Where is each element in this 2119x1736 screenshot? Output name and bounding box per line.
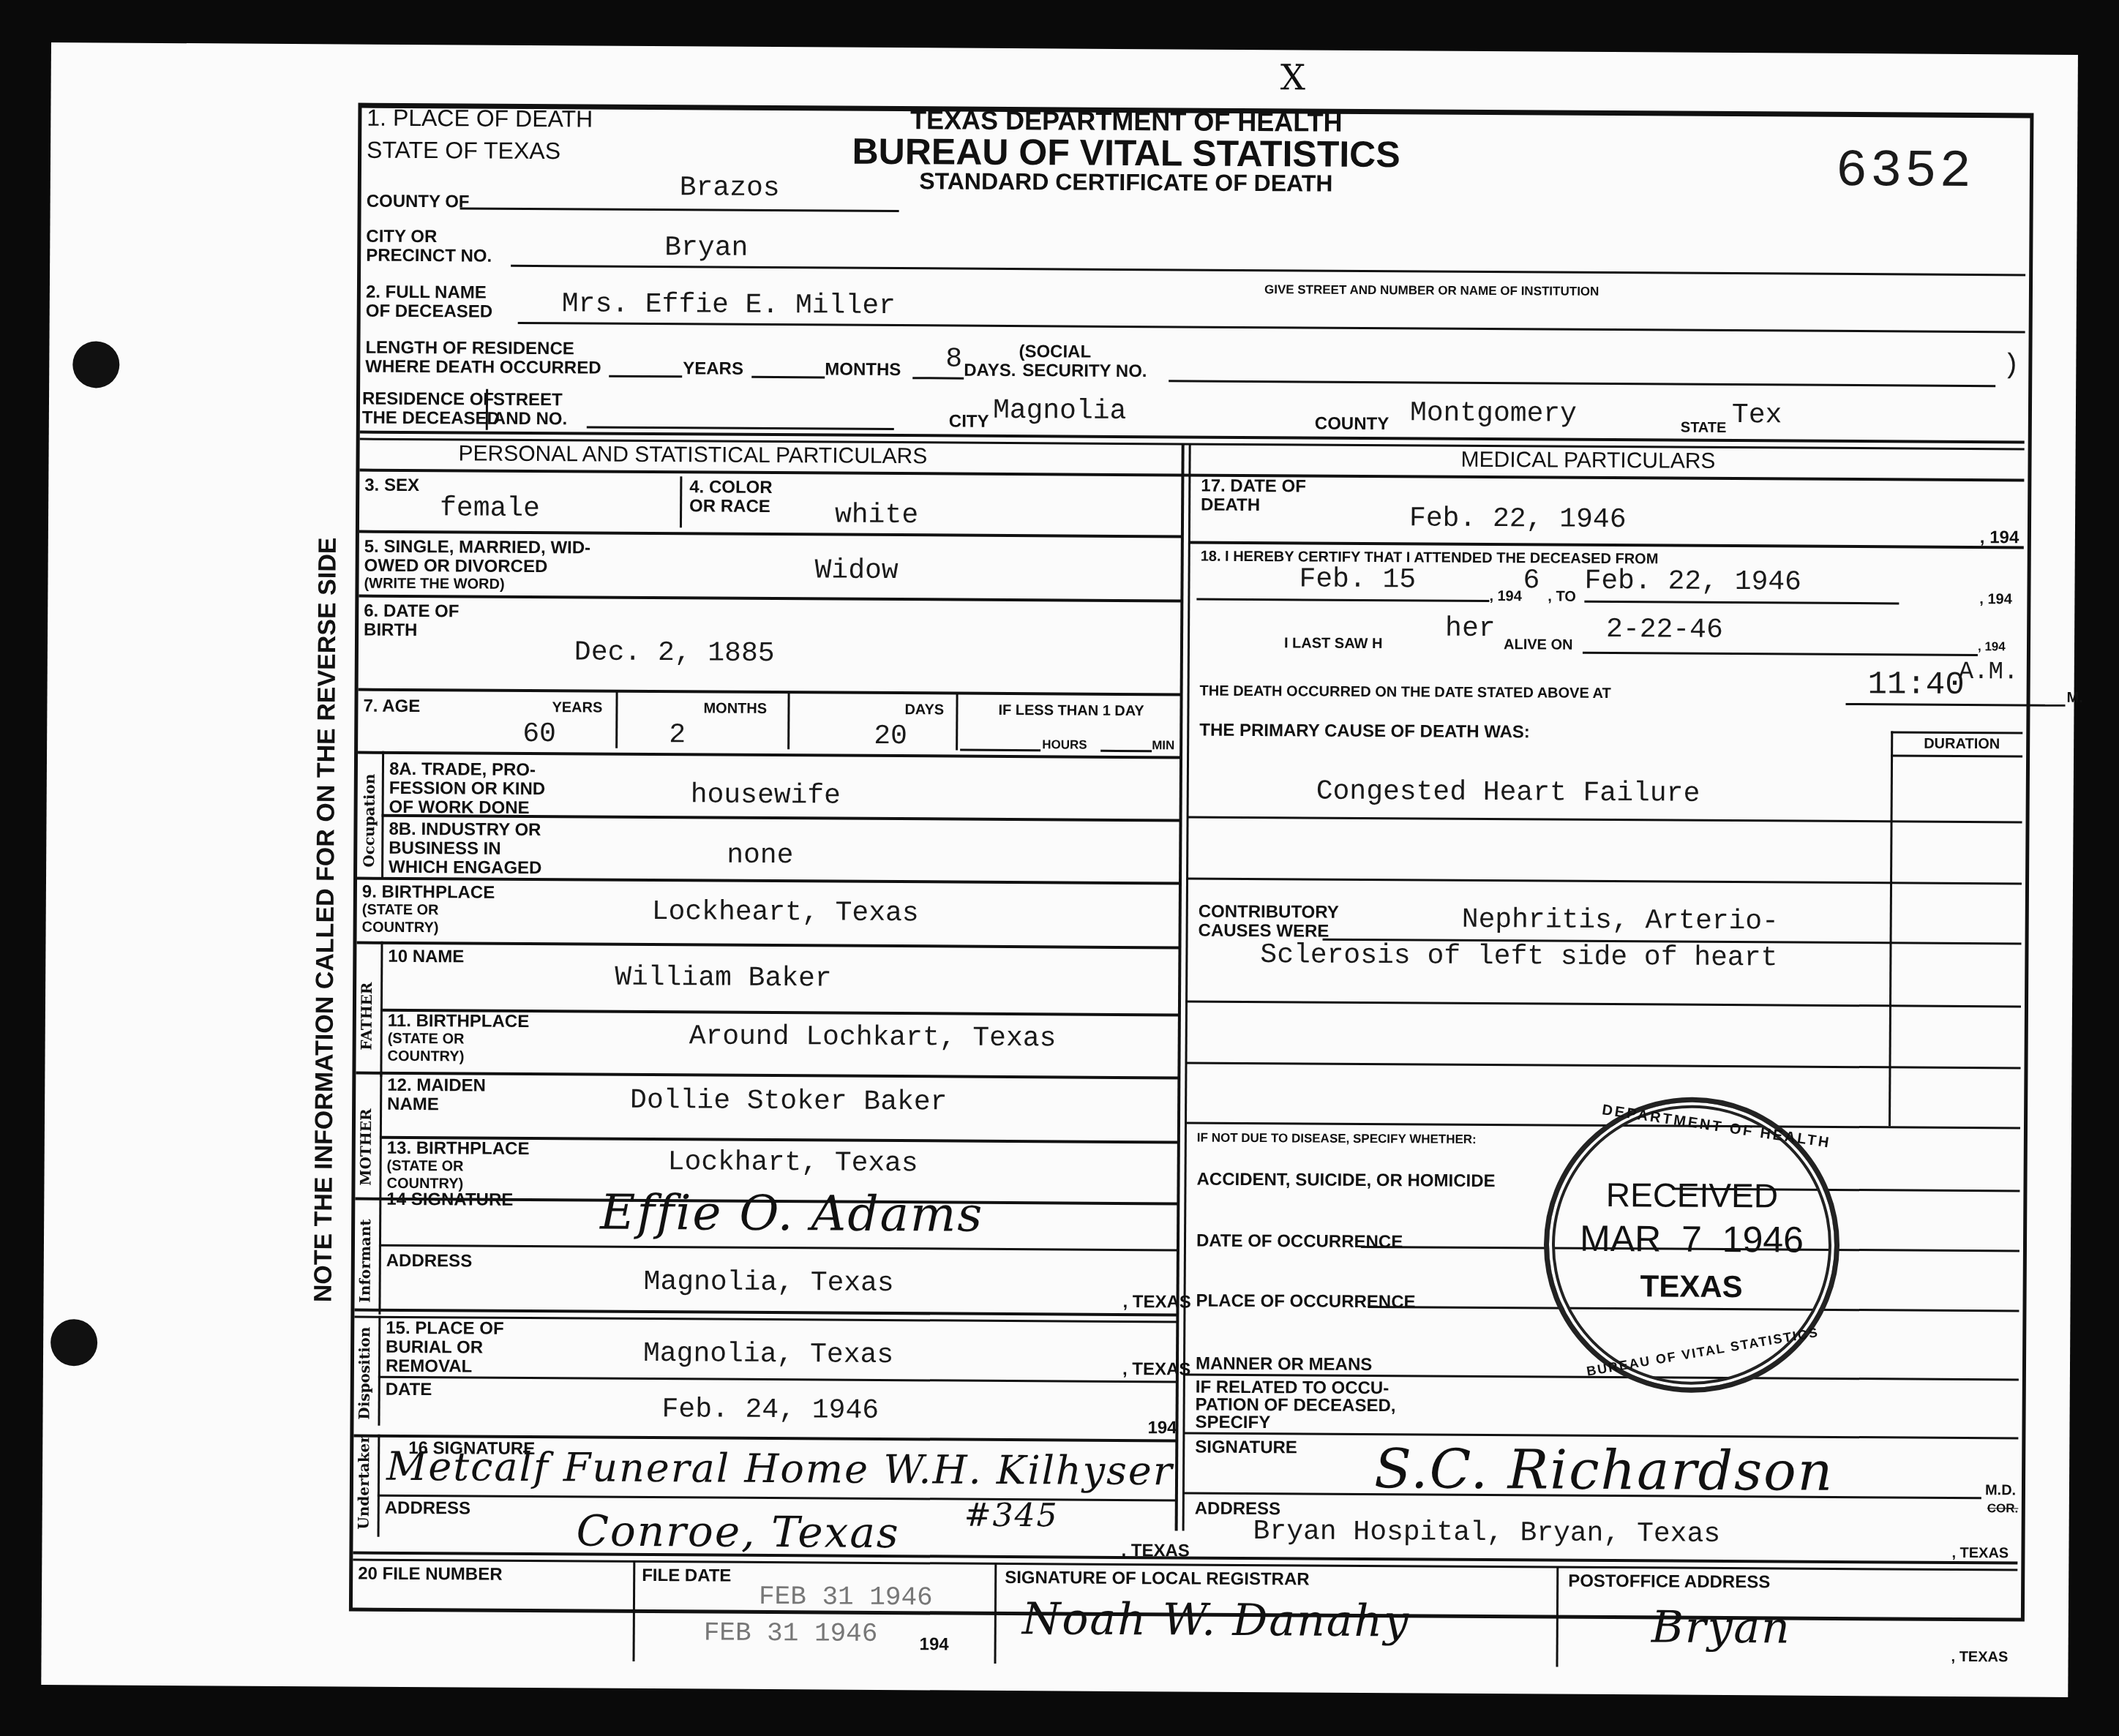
contributory-label-1: CONTRIBUTORY bbox=[1199, 903, 1339, 922]
last-seen-year-suffix: , 194 bbox=[1978, 639, 2006, 653]
father-birthplace-label-3: COUNTRY) bbox=[387, 1048, 464, 1065]
personal-section-header: PERSONAL AND STATISTICAL PARTICULARS bbox=[459, 444, 928, 465]
trade-label-2: FESSION OR KIND bbox=[389, 779, 546, 798]
race-label-2: OR RACE bbox=[689, 497, 770, 516]
time-label: THE DEATH OCCURRED ON THE DATE STATED AB… bbox=[1200, 683, 1611, 702]
file-date-stamp-2: FEB 31 1946 bbox=[704, 1617, 878, 1648]
years-underline bbox=[609, 375, 682, 378]
dob-label-2: BIRTH bbox=[364, 621, 417, 639]
county-label: COUNTY OF bbox=[367, 192, 470, 211]
marital-label-3: (WRITE THE WORD) bbox=[364, 576, 504, 593]
dod-year-suffix: , 194 bbox=[1980, 528, 2019, 546]
years-label: YEARS bbox=[683, 359, 743, 378]
occupation-side-label: Occupation bbox=[361, 774, 378, 868]
birthplace-label-3: COUNTRY) bbox=[362, 920, 439, 936]
punch-hole-top bbox=[72, 341, 119, 388]
dod-value: Feb. 22, 1946 bbox=[1409, 503, 1627, 536]
last-seen-alive-value: 2-22-46 bbox=[1606, 614, 1723, 646]
certificate-number: 6352 bbox=[1836, 141, 1974, 202]
last-saw-pronoun: her bbox=[1445, 613, 1496, 645]
marital-label-1: 5. SINGLE, MARRIED, WID- bbox=[364, 538, 590, 557]
sex-race-divider bbox=[680, 476, 682, 527]
contributory-line-2: Sclerosis of left side of heart bbox=[1260, 939, 1777, 974]
birthplace-label-2: (STATE OR bbox=[362, 902, 439, 919]
age-years-value: 60 bbox=[522, 718, 556, 750]
age-divider-3 bbox=[956, 694, 958, 751]
residence-divider bbox=[486, 389, 488, 430]
corner-x-mark: X bbox=[1280, 57, 1308, 98]
undertaker-address-value: Conroe, Texas bbox=[576, 1506, 899, 1557]
contributory-line-1: Nephritis, Arterio- bbox=[1462, 904, 1779, 938]
age-hours-label: HOURS bbox=[1042, 737, 1087, 751]
time-meridiem: A.M. bbox=[1959, 658, 2019, 686]
state-of-texas-label: STATE OF TEXAS bbox=[367, 141, 560, 161]
age-label: 7. AGE bbox=[363, 697, 420, 715]
burial-place-label-2: BURIAL OR bbox=[386, 1338, 483, 1357]
file-divider-2 bbox=[994, 1564, 997, 1664]
medical-section-header: MEDICAL PARTICULARS bbox=[1460, 451, 1715, 470]
city-label-2: PRECINCT NO. bbox=[366, 247, 492, 266]
physician-address-value: Bryan Hospital, Bryan, Texas bbox=[1253, 1516, 1720, 1550]
ssn-close-paren: ) bbox=[2003, 350, 2019, 381]
informant-state-suffix: , TEXAS bbox=[1122, 1293, 1191, 1312]
occurrence-place-label: PLACE OF OCCURRENCE bbox=[1196, 1292, 1415, 1312]
burial-year-suffix: 194 bbox=[1147, 1419, 1177, 1437]
marital-status-value: Widow bbox=[814, 555, 898, 587]
manner-label: MANNER OR MEANS bbox=[1196, 1355, 1372, 1374]
age-less-day-label: IF LESS THAN 1 DAY bbox=[998, 702, 1144, 719]
ssn-label-1: (SOCIAL bbox=[1019, 342, 1091, 361]
min-underline bbox=[1100, 750, 1152, 752]
mother-birthplace-label-1: 13. BIRTHPLACE bbox=[387, 1139, 530, 1158]
punch-hole-bottom bbox=[50, 1319, 97, 1366]
undertaker-signature: Metcalf Funeral Home W.H. Kilhyser bbox=[386, 1443, 1174, 1495]
birthplace-label-1: 9. BIRTHPLACE bbox=[362, 883, 495, 902]
postoffice-label: POSTOFFICE ADDRESS bbox=[1568, 1572, 1770, 1592]
father-birthplace-label-2: (STATE OR bbox=[388, 1031, 465, 1048]
informant-side-label: Informant bbox=[356, 1219, 373, 1302]
mother-name-label-1: 12. MAIDEN bbox=[387, 1076, 486, 1095]
attended-to-year-suffix: , 194 bbox=[1979, 591, 2012, 607]
attended-to-value: Feb. 22, 1946 bbox=[1584, 565, 1801, 598]
dob-value: Dec. 2, 1885 bbox=[574, 636, 775, 669]
age-days-label: DAYS bbox=[904, 702, 944, 718]
father-birthplace-label-1: 11. BIRTHPLACE bbox=[388, 1012, 530, 1031]
burial-date-label: DATE bbox=[386, 1380, 432, 1399]
physician-signature-label: SIGNATURE bbox=[1195, 1438, 1297, 1457]
birthplace-value: Lockheart, Texas bbox=[652, 896, 919, 929]
md-label: M.D. bbox=[1985, 1482, 2016, 1498]
undertaker-side-label: Undertaker bbox=[356, 1435, 372, 1530]
race-value: white bbox=[835, 500, 918, 532]
dod-label-2: DEATH bbox=[1201, 496, 1260, 514]
street-label-2: AND NO. bbox=[493, 410, 567, 429]
received-stamp: DEPARTMENT OF HEALTH RECEIVED MAR 7 1946… bbox=[1543, 1096, 1840, 1393]
attended-from-value: Feb. 15 bbox=[1299, 563, 1416, 595]
file-divider-1 bbox=[632, 1562, 635, 1661]
days-underline bbox=[912, 377, 964, 379]
age-days-value: 20 bbox=[874, 721, 907, 752]
file-date-stamp-1: FEB 31 1946 bbox=[759, 1582, 933, 1612]
file-divider-3 bbox=[1556, 1568, 1559, 1667]
contributory-label-2: CAUSES WERE bbox=[1199, 922, 1329, 941]
county-value: Brazos bbox=[680, 172, 780, 204]
industry-label-2: BUSINESS IN bbox=[389, 839, 501, 858]
street-label-1: STREET bbox=[493, 391, 563, 410]
last-saw-label: I LAST SAW H bbox=[1284, 635, 1383, 652]
residence-days-value: 8 bbox=[945, 343, 962, 375]
dod-label-1: 17. DATE OF bbox=[1201, 477, 1306, 496]
certificate-paper: X NOTE THE INFORMATION CALLED FOR ON THE… bbox=[41, 42, 2078, 1697]
months-underline bbox=[751, 376, 825, 379]
residence-city-value: Magnolia bbox=[993, 395, 1127, 427]
registrar-signature: Noah W. Danahy bbox=[1022, 1593, 1411, 1647]
burial-state-suffix: , TEXAS bbox=[1122, 1360, 1191, 1379]
residence-length-label-2: WHERE DEATH OCCURRED bbox=[365, 358, 601, 377]
file-date-label: FILE DATE bbox=[642, 1566, 731, 1585]
residence-label-2: THE DECEASED bbox=[362, 409, 500, 428]
informant-signature-label: 14 SIGNATURE bbox=[386, 1190, 513, 1209]
marital-label-2: OWED OR DIVORCED bbox=[364, 557, 548, 576]
postoffice-state-suffix: , TEXAS bbox=[1951, 1649, 2009, 1665]
postoffice-value: Bryan bbox=[1651, 1601, 1792, 1653]
age-years-label: YEARS bbox=[552, 699, 602, 715]
residence-label-1: RESIDENCE OF bbox=[362, 390, 494, 409]
not-disease-label: IF NOT DUE TO DISEASE, SPECIFY WHETHER: bbox=[1197, 1131, 1477, 1146]
age-months-value: 2 bbox=[669, 719, 686, 751]
industry-value: none bbox=[727, 840, 793, 872]
duration-label: DURATION bbox=[1924, 736, 2000, 753]
registrar-label: SIGNATURE OF LOCAL REGISTRAR bbox=[1005, 1568, 1310, 1589]
residence-county-label: COUNTY bbox=[1315, 415, 1389, 434]
institution-hint: GIVE STREET AND NUMBER OR NAME OF INSTIT… bbox=[1264, 282, 1599, 298]
father-birthplace-value: Around Lochkart, Texas bbox=[689, 1021, 1057, 1054]
residence-county-value: Montgomery bbox=[1410, 397, 1577, 429]
burial-place-label-1: 15. PLACE OF bbox=[386, 1319, 504, 1338]
dob-label-1: 6. DATE OF bbox=[364, 602, 459, 621]
informant-address-value: Magnolia, Texas bbox=[644, 1266, 894, 1299]
stamp-date: MAR 7 1946 bbox=[1549, 1217, 1834, 1261]
disposition-side-label: Disposition bbox=[356, 1326, 373, 1419]
age-divider-1 bbox=[615, 691, 618, 748]
months-label: MONTHS bbox=[825, 360, 901, 379]
occupation-related-label-3: SPECIFY bbox=[1195, 1413, 1270, 1432]
occurrence-date-label: DATE OF OCCURRENCE bbox=[1196, 1232, 1403, 1252]
burial-place-label-3: REMOVAL bbox=[386, 1357, 472, 1376]
residence-state-value: Tex bbox=[1732, 399, 1782, 431]
father-name-value: William Baker bbox=[615, 962, 832, 995]
full-name-value: Mrs. Effie E. Miller bbox=[562, 288, 896, 322]
residence-state-label: STATE bbox=[1681, 420, 1727, 436]
undertaker-address-label: ADDRESS bbox=[385, 1499, 471, 1518]
city-value: Bryan bbox=[664, 232, 748, 264]
sex-label: 3. SEX bbox=[364, 476, 419, 495]
informant-signature: Effie O. Adams bbox=[600, 1184, 984, 1243]
city-label-1: CITY OR bbox=[366, 228, 437, 247]
reverse-side-note: NOTE THE INFORMATION CALLED FOR ON THE R… bbox=[314, 537, 337, 1302]
race-label-1: 4. COLOR bbox=[689, 478, 772, 497]
mother-maiden-name-value: Dollie Stoker Baker bbox=[630, 1085, 948, 1119]
residence-length-label-1: LENGTH OF RESIDENCE bbox=[365, 339, 574, 358]
accident-label: ACCIDENT, SUICIDE, OR HOMICIDE bbox=[1196, 1171, 1495, 1190]
age-months-label: MONTHS bbox=[703, 700, 767, 717]
undertaker-license-no: #345 bbox=[964, 1497, 1059, 1535]
primary-cause-value: Congested Heart Failure bbox=[1316, 776, 1700, 810]
days-label: DAYS. bbox=[964, 361, 1016, 380]
trade-value: housewife bbox=[691, 779, 841, 811]
place-of-death-label: 1. PLACE OF DEATH bbox=[367, 109, 593, 129]
sex-value: female bbox=[440, 492, 540, 525]
industry-label-1: 8B. INDUSTRY OR bbox=[389, 820, 541, 839]
industry-label-3: WHICH ENGAGED bbox=[389, 858, 541, 877]
mother-name-label-2: NAME bbox=[387, 1095, 439, 1113]
stamp-received: RECEIVED bbox=[1549, 1175, 1834, 1216]
attended-from-year-prefix: , 194 bbox=[1489, 588, 1522, 604]
time-of-death-value: 11:40 bbox=[1868, 666, 1965, 704]
mother-birthplace-label-2: (STATE OR bbox=[387, 1158, 464, 1175]
physician-state-suffix: , TEXAS bbox=[1951, 1545, 2009, 1561]
age-divider-2 bbox=[787, 692, 790, 749]
age-min-label: MIN bbox=[1152, 738, 1174, 752]
full-name-label-1: 2. FULL NAME bbox=[366, 283, 487, 302]
stamp-state: TEXAS bbox=[1549, 1269, 1834, 1305]
header-block: TEXAS DEPARTMENT OF HEALTH BUREAU OF VIT… bbox=[782, 105, 1471, 196]
burial-date-value: Feb. 24, 1946 bbox=[661, 1394, 879, 1427]
residence-city-label: CITY bbox=[949, 413, 989, 431]
file-date-year-suffix: 194 bbox=[920, 1635, 949, 1653]
time-suffix: M. bbox=[2067, 690, 2083, 706]
father-name-label: 10 NAME bbox=[388, 947, 464, 966]
full-name-label-2: OF DECEASED bbox=[366, 302, 493, 321]
father-side-label: FATHER bbox=[359, 982, 375, 1050]
mother-birthplace-value: Lockhart, Texas bbox=[668, 1146, 918, 1179]
certify-label: 18. I HEREBY CERTIFY THAT I ATTENDED THE… bbox=[1201, 549, 1659, 568]
alive-on-label: ALIVE ON bbox=[1504, 636, 1573, 653]
primary-cause-label: THE PRIMARY CAUSE OF DEATH WAS: bbox=[1199, 721, 1530, 742]
trade-label-1: 8A. TRADE, PRO- bbox=[389, 760, 536, 779]
file-number-label: 20 FILE NUMBER bbox=[358, 1565, 503, 1584]
to-label: , TO bbox=[1548, 589, 1576, 605]
informant-address-label: ADDRESS bbox=[386, 1252, 473, 1271]
mother-side-label: MOTHER bbox=[357, 1108, 374, 1185]
burial-place-value: Magnolia, Texas bbox=[643, 1338, 893, 1371]
cor-label: COR. bbox=[1987, 1501, 2019, 1515]
bureau-title: BUREAU OF VITAL STATISTICS bbox=[782, 133, 1470, 173]
attended-from-year-digit: 6 bbox=[1523, 565, 1539, 596]
ssn-label-2: SECURITY NO. bbox=[1022, 361, 1147, 380]
